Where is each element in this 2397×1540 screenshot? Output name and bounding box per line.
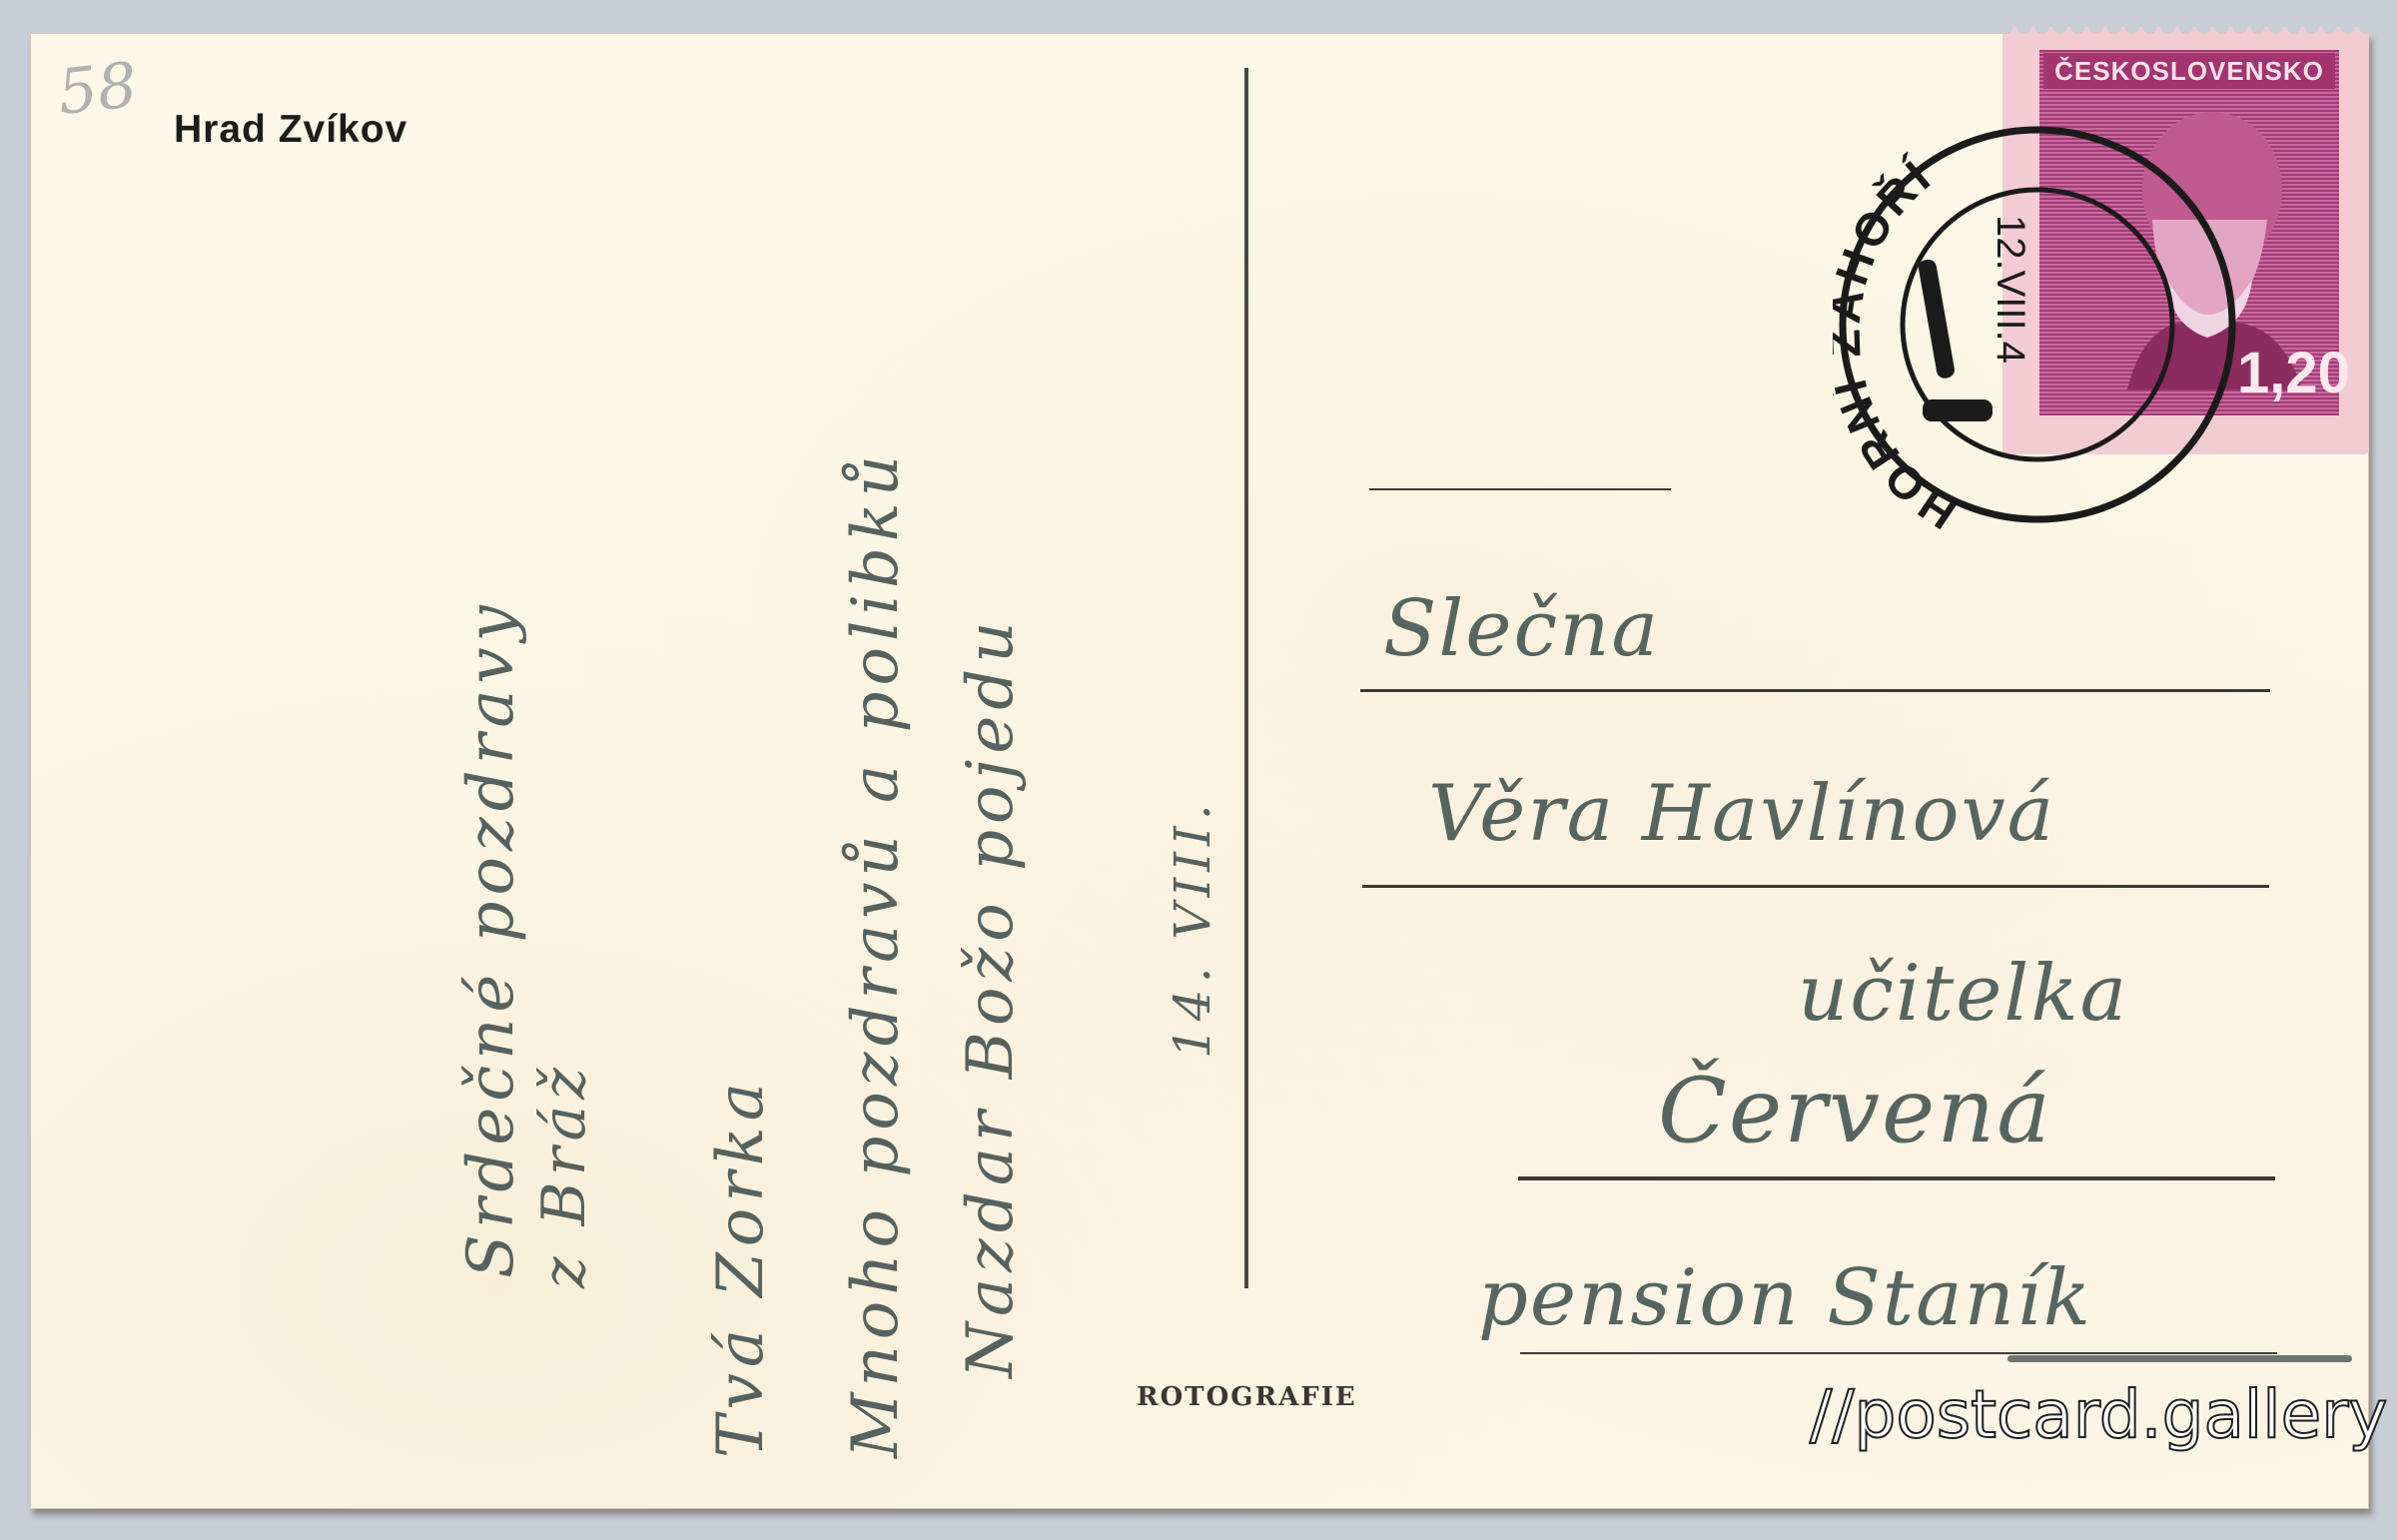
address-rule-1 (1360, 689, 2270, 692)
message-line-4: Mnoho pozdravů a polibků (839, 449, 913, 1458)
center-divider (1244, 68, 1248, 1288)
date-note: 14. VIII. (1164, 798, 1221, 1059)
message-line-2: z Bráž (529, 1062, 599, 1288)
stamp-value: 1,20 (2237, 340, 2350, 406)
address-town: Červená (1658, 1059, 2052, 1163)
address-rule-3 (1518, 1176, 2275, 1180)
message-line-5: Nazdar Božo pojedu (954, 616, 1028, 1379)
postmark-icon: HORNÍ ZÁHOŘÍ 12.VIII.4 (1833, 120, 2237, 529)
message-line-1: Srdečné pozdravy (454, 599, 528, 1278)
address-rule-short (1369, 488, 1671, 490)
postcard-title: Hrad Zvíkov (174, 108, 407, 152)
address-name: Věra Havlínová (1428, 769, 2055, 859)
address-salutation: Slečna (1383, 584, 1660, 674)
address-place: pension Staník (1478, 1253, 2092, 1343)
watermark: //postcard.gallery (1810, 1376, 2387, 1453)
pencil-number: 58 (54, 48, 140, 129)
address-rule-2 (1362, 885, 2269, 888)
printer-imprint: ROTOGRAFIE (1137, 1382, 1357, 1412)
stamp-country: ČESKOSLOVENSKO (2043, 53, 2335, 89)
postmark-date: 12.VIII.4 (1989, 215, 2032, 364)
underline-stroke (2007, 1355, 2352, 1362)
address-rule-4 (1520, 1352, 2277, 1354)
message-line-3: Tvá Zorka (704, 1077, 778, 1458)
address-occupation: učitelka (1798, 949, 2128, 1039)
